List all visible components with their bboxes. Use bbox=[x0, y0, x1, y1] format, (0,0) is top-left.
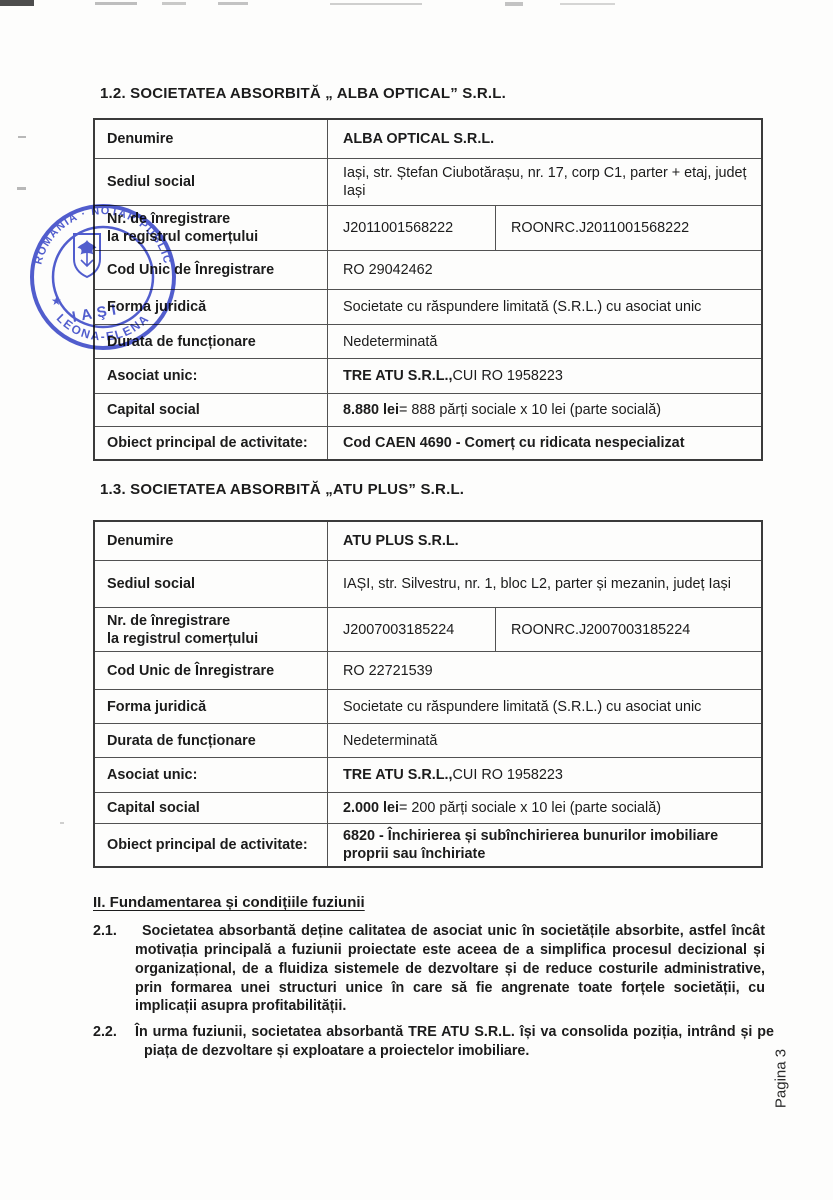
table-row: Obiect principal de activitate:6820 - În… bbox=[95, 823, 761, 866]
table-row: DenumireALBA OPTICAL S.R.L. bbox=[95, 120, 761, 158]
row-label: Capital social bbox=[95, 793, 327, 823]
table-row: Sediul socialIAȘI, str. Silvestru, nr. 1… bbox=[95, 560, 761, 607]
row-label: Forma juridică bbox=[95, 690, 327, 723]
paragraph-text: În urma fuziunii, societatea absorbantă … bbox=[135, 1023, 774, 1061]
table-row: Cod Unic de ÎnregistrareRO 22721539 bbox=[95, 651, 761, 689]
paragraph-text: Societatea absorbantă deține calitatea d… bbox=[135, 922, 765, 1016]
row-label: Denumire bbox=[95, 120, 327, 158]
scan-artifact bbox=[505, 2, 523, 6]
section-1-2-heading: 1.2. SOCIETATEA ABSORBITĂ „ ALBA OPTICAL… bbox=[100, 85, 506, 102]
scan-artifact bbox=[162, 2, 186, 5]
row-value: 6820 - Închirierea și subînchirierea bun… bbox=[327, 824, 761, 866]
table-row: Obiect principal de activitate:Cod CAEN … bbox=[95, 426, 761, 459]
table-row: Durata de funcționareNedeterminată bbox=[95, 324, 761, 358]
row-value: RO 22721539 bbox=[327, 652, 761, 689]
row-label: Cod Unic de Înregistrare bbox=[95, 652, 327, 689]
row-value: Nedeterminată bbox=[327, 724, 761, 757]
row-value: Societate cu răspundere limitată (S.R.L.… bbox=[327, 290, 761, 324]
table-row: Nr. de înregistrare la registrul comerțu… bbox=[95, 205, 761, 250]
table-row: Forma juridicăSocietate cu răspundere li… bbox=[95, 689, 761, 723]
page-number-label: Pagina 3 bbox=[773, 1031, 790, 1127]
row-value: J2011001568222 bbox=[327, 206, 495, 250]
table-row: Forma juridicăSocietate cu răspundere li… bbox=[95, 289, 761, 324]
company-table-alba-optical: DenumireALBA OPTICAL S.R.L.Sediul social… bbox=[93, 118, 763, 461]
row-value: IAȘI, str. Silvestru, nr. 1, bloc L2, pa… bbox=[327, 561, 761, 607]
row-value: TRE ATU S.R.L., CUI RO 1958223 bbox=[327, 359, 761, 393]
section-2-heading: II. Fundamentarea și condițiile fuziunii bbox=[93, 894, 365, 911]
scan-artifact bbox=[0, 0, 34, 6]
table-row: Sediul socialIași, str. Ștefan Ciubotăra… bbox=[95, 158, 761, 205]
stamp-star: ★ bbox=[51, 294, 62, 308]
row-value: 8.880 lei = 888 părți sociale x 10 lei (… bbox=[327, 394, 761, 426]
table-row: Durata de funcționareNedeterminată bbox=[95, 723, 761, 757]
table-row: Nr. de înregistrare la registrul comerțu… bbox=[95, 607, 761, 651]
row-value: Nedeterminată bbox=[327, 325, 761, 358]
notary-stamp: ROMÂNIA · NOTAR PUBLIC LEONA-ELENA ★ IAŞ… bbox=[23, 197, 183, 357]
row-value: ATU PLUS S.R.L. bbox=[327, 522, 761, 560]
table-row: Capital social8.880 lei = 888 părți soci… bbox=[95, 393, 761, 426]
scanned-document-page: 1.2. SOCIETATEA ABSORBITĂ „ ALBA OPTICAL… bbox=[0, 0, 833, 1200]
row-label: Asociat unic: bbox=[95, 359, 327, 393]
row-label: Obiect principal de activitate: bbox=[95, 427, 327, 459]
row-value: Cod CAEN 4690 - Comerț cu ridicata nespe… bbox=[327, 427, 761, 459]
row-label: Asociat unic: bbox=[95, 758, 327, 792]
paragraph-number: 2.2. bbox=[93, 1023, 135, 1061]
stamp-city: IAŞI bbox=[71, 301, 122, 326]
row-value: Iași, str. Ștefan Ciubotărașu, nr. 17, c… bbox=[327, 159, 761, 205]
company-table-atu-plus: DenumireATU PLUS S.R.L.Sediul socialIAȘI… bbox=[93, 520, 763, 868]
row-value: TRE ATU S.R.L., CUI RO 1958223 bbox=[327, 758, 761, 792]
row-label: Durata de funcționare bbox=[95, 724, 327, 757]
paragraph-number: 2.1. bbox=[93, 922, 135, 1016]
row-label: Obiect principal de activitate: bbox=[95, 824, 327, 866]
table-row: Capital social2.000 lei = 200 părți soci… bbox=[95, 792, 761, 823]
stamp-ring-text: ROMÂNIA · NOTAR PUBLIC bbox=[32, 205, 173, 266]
table-row: Cod Unic de ÎnregistrareRO 29042462 bbox=[95, 250, 761, 289]
row-value: RO 29042462 bbox=[327, 251, 761, 289]
scan-artifact bbox=[18, 136, 26, 138]
table-row: Asociat unic:TRE ATU S.R.L., CUI RO 1958… bbox=[95, 757, 761, 792]
paragraph-2-1: 2.1. Societatea absorbantă deține calita… bbox=[93, 922, 765, 1016]
row-label: Sediul social bbox=[95, 561, 327, 607]
row-value: J2007003185224 bbox=[327, 608, 495, 651]
row-value: ROONRC.J2011001568222 bbox=[495, 206, 761, 250]
paragraph-2-2: 2.2. În urma fuziunii, societatea absorb… bbox=[93, 1023, 774, 1061]
row-label: Capital social bbox=[95, 394, 327, 426]
scan-artifact bbox=[95, 2, 137, 5]
section-1-3-heading: 1.3. SOCIETATEA ABSORBITĂ „ATU PLUS” S.R… bbox=[100, 481, 464, 498]
table-row: Asociat unic:TRE ATU S.R.L., CUI RO 1958… bbox=[95, 358, 761, 393]
table-row: DenumireATU PLUS S.R.L. bbox=[95, 522, 761, 560]
row-value: ROONRC.J2007003185224 bbox=[495, 608, 761, 651]
row-label: Nr. de înregistrare la registrul comerțu… bbox=[95, 608, 327, 651]
scan-artifact bbox=[17, 187, 26, 190]
row-label: Denumire bbox=[95, 522, 327, 560]
row-value: 2.000 lei = 200 părți sociale x 10 lei (… bbox=[327, 793, 761, 823]
scan-artifact bbox=[330, 3, 422, 5]
row-value: ALBA OPTICAL S.R.L. bbox=[327, 120, 761, 158]
row-value: Societate cu răspundere limitată (S.R.L.… bbox=[327, 690, 761, 723]
svg-text:ROMÂNIA · NOTAR PUBLIC: ROMÂNIA · NOTAR PUBLIC bbox=[32, 205, 173, 266]
scan-artifact bbox=[560, 3, 615, 5]
scan-artifact bbox=[60, 822, 64, 824]
scan-artifact bbox=[218, 2, 248, 5]
coat-of-arms-icon bbox=[74, 234, 100, 277]
